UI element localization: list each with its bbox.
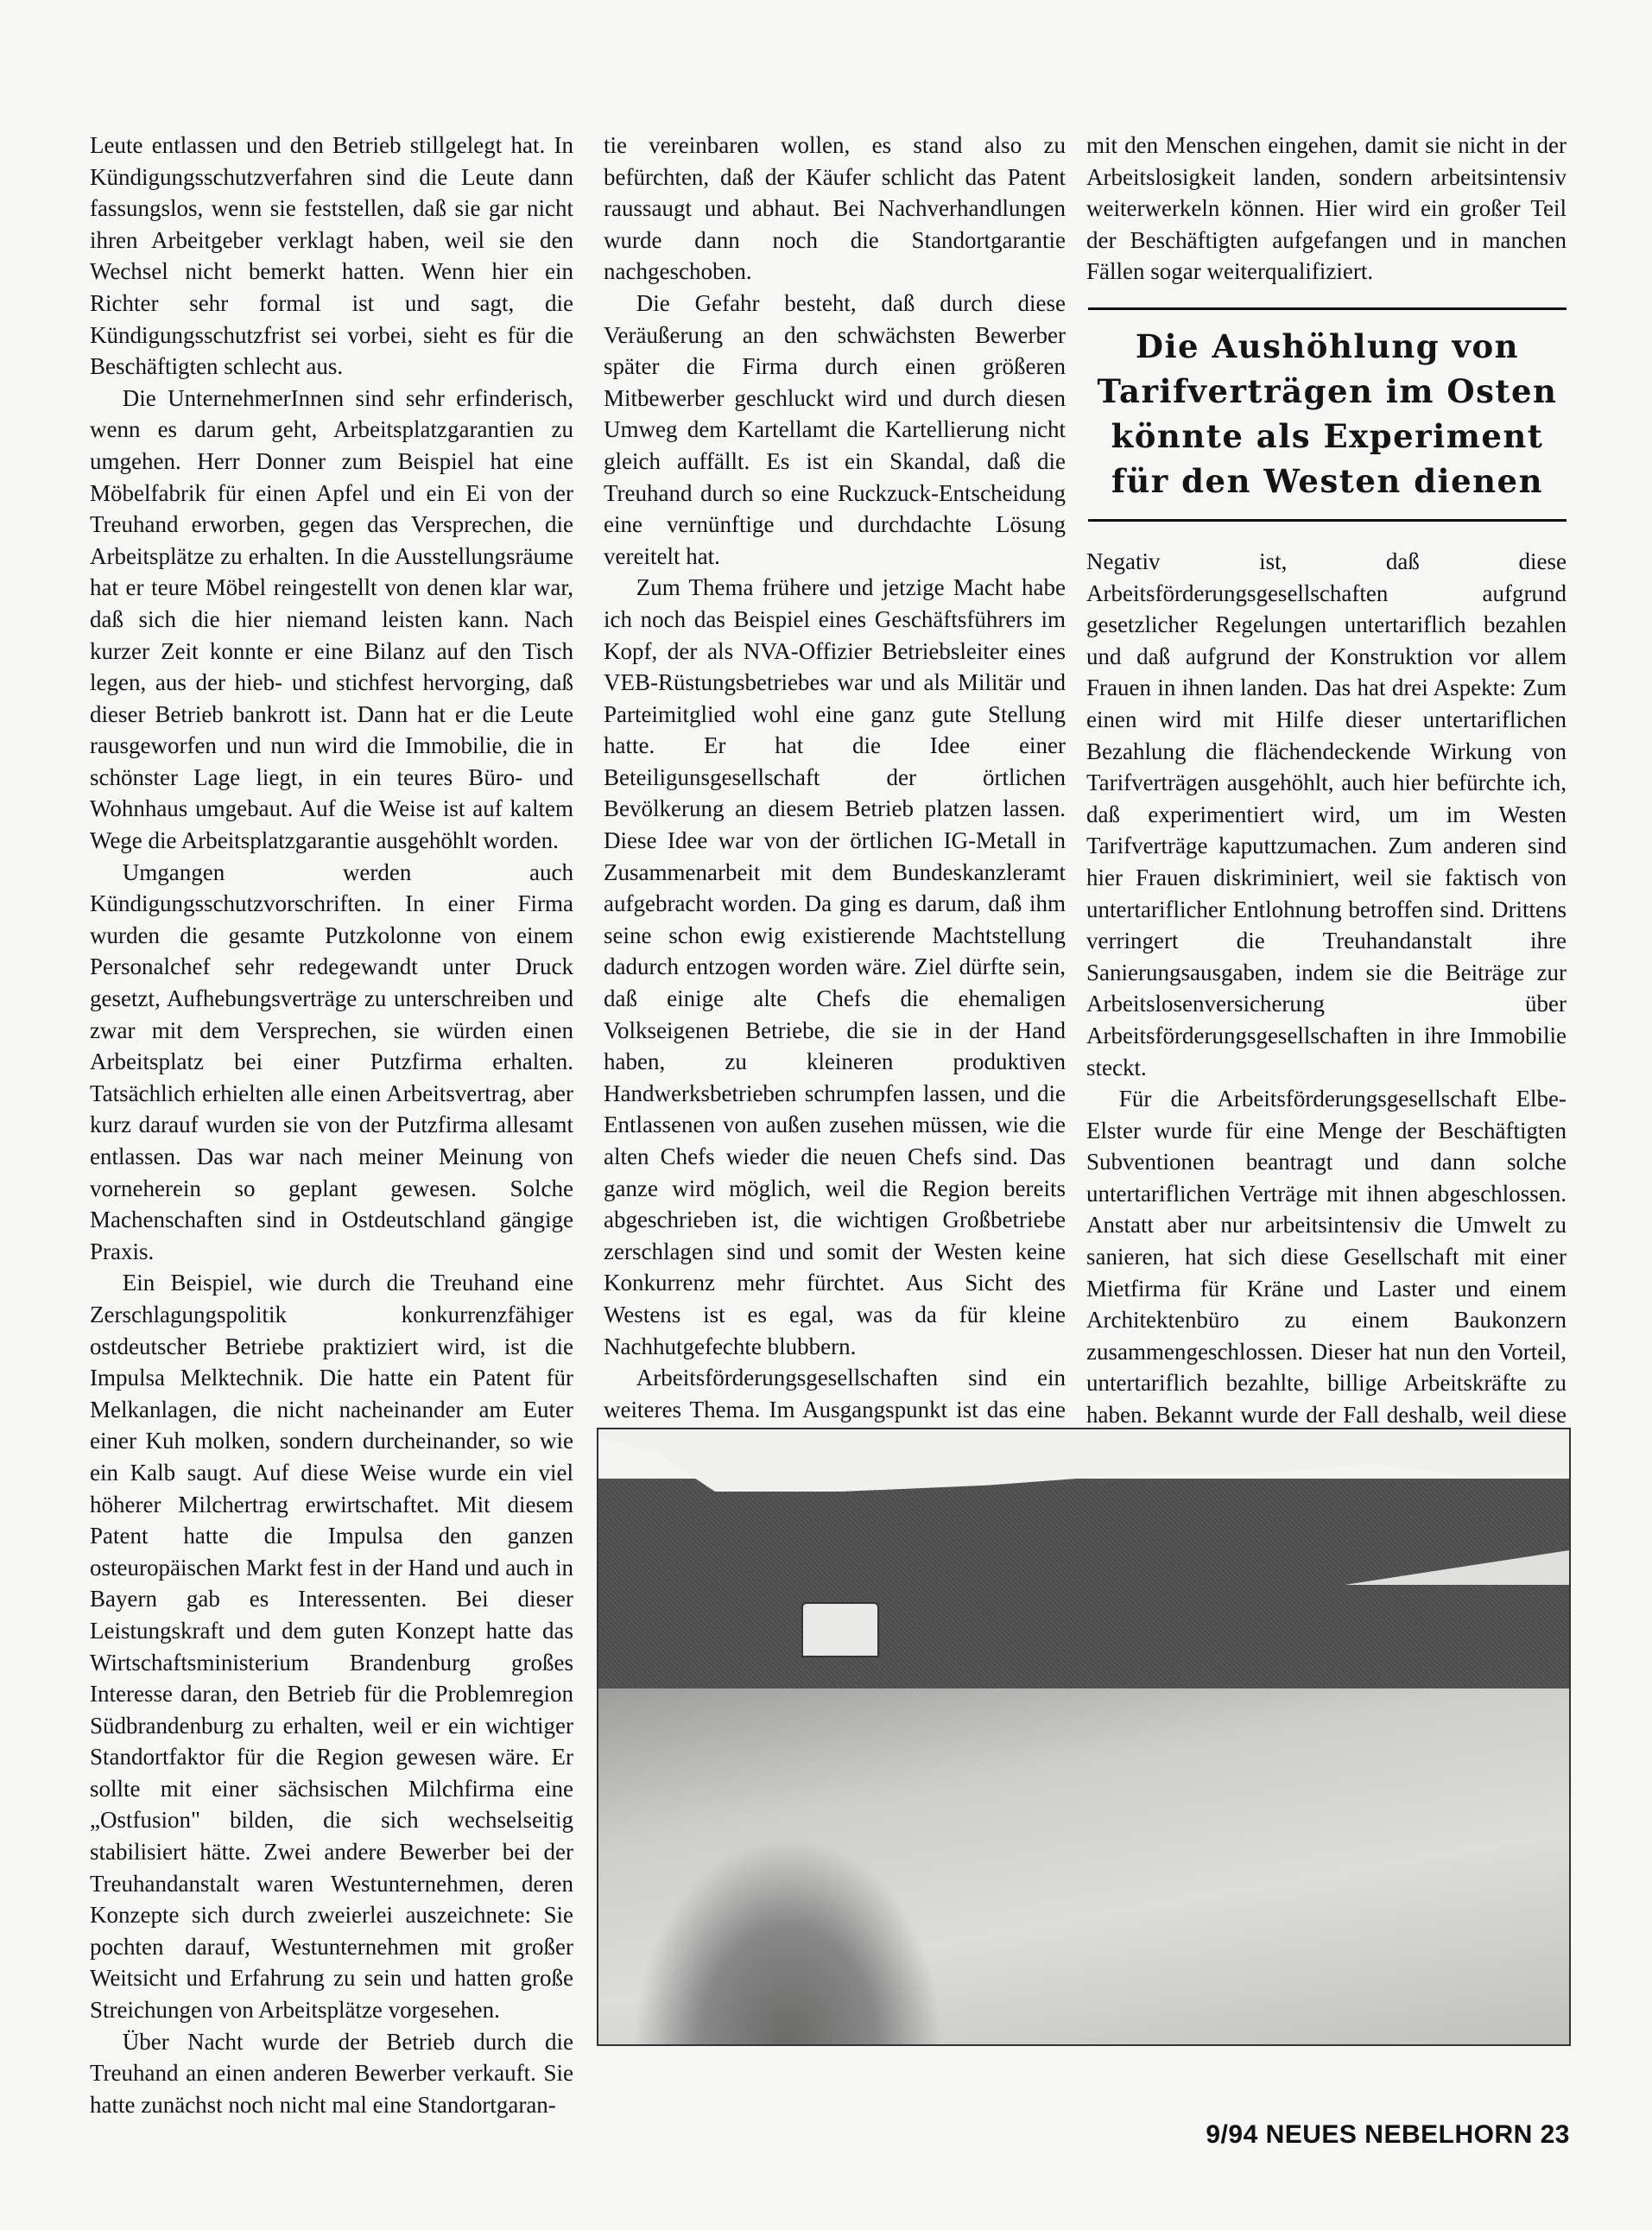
photo-van bbox=[801, 1602, 879, 1657]
headline-line: Die Aushöhlung von bbox=[1088, 324, 1567, 369]
article-photo bbox=[597, 1428, 1571, 2046]
paragraph: Für die Arbeitsförderungsgesellschaft El… bbox=[1086, 1083, 1567, 1462]
article-column-2: tie vereinbaren wollen, es stand also zu… bbox=[604, 130, 1066, 1552]
paragraph: Umgangen werden auch Kündigungsschutzvor… bbox=[90, 857, 573, 1268]
paragraph: Leute entlassen und den Betrieb stillgel… bbox=[90, 130, 573, 383]
paragraph: Die Gefahr besteht, daß durch diese Verä… bbox=[604, 288, 1066, 572]
paragraph: Die UnternehmerInnen sind sehr erfinderi… bbox=[90, 383, 573, 857]
article-column-3-intro: mit den Menschen eingehen, damit sie nic… bbox=[1086, 130, 1567, 288]
pull-quote-headline: Die Aushöhlung von Tarifverträgen im Ost… bbox=[1088, 307, 1567, 522]
headline-line: für den Westen dienen bbox=[1088, 459, 1567, 504]
paragraph: Ein Beispiel, wie durch die Treuhand ein… bbox=[90, 1267, 573, 2025]
article-column-1: Leute entlassen und den Betrieb stillgel… bbox=[90, 130, 573, 2120]
headline-line: könnte als Experiment bbox=[1088, 414, 1567, 459]
photo-bush bbox=[633, 1837, 944, 2044]
article-column-3: Negativ ist, daß diese Arbeitsförderungs… bbox=[1086, 546, 1567, 1462]
paragraph: Zum Thema frühere und jetzige Macht habe… bbox=[604, 572, 1066, 1362]
headline-line: Tarifverträgen im Osten bbox=[1088, 369, 1567, 414]
paragraph: tie vereinbaren wollen, es stand also zu… bbox=[604, 130, 1066, 288]
page-footer: 9/94 NEUES NEBELHORN 23 bbox=[1206, 2120, 1570, 2150]
paragraph: Negativ ist, daß diese Arbeitsförderungs… bbox=[1086, 546, 1567, 1083]
photo-buildings bbox=[598, 1481, 1569, 1714]
paragraph: mit den Menschen eingehen, damit sie nic… bbox=[1086, 130, 1567, 288]
paragraph: Über Nacht wurde der Betrieb durch die T… bbox=[90, 2026, 573, 2121]
